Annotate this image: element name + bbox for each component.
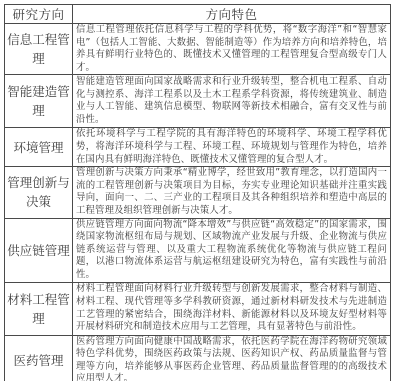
features-cell: 依托环境科学与工程学院的具有海洋特色的环境科学、环境工程学科优势，将海洋环境科学… bbox=[73, 128, 391, 167]
table-row: 供应链管理 供应链管理方向面向物流“降本增效”与供应链“高效稳定”的国家需求，围… bbox=[5, 218, 391, 282]
features-cell: 信息工程管理依托信息科学与工程的学科优势，将“数字海洋”和“智慧家电”（包括人工… bbox=[73, 24, 391, 75]
header-features: 方向特色 bbox=[73, 5, 391, 24]
features-cell: 医药管理方向面向健康中国战略需求，依托医药学院在海洋药物研究领域特色学科优势，围… bbox=[73, 335, 391, 381]
research-directions-table: 研究方向 方向特色 信息工程管理 信息工程管理依托信息科学与工程的学科优势，将“… bbox=[4, 4, 391, 381]
direction-cell: 环境管理 bbox=[5, 128, 73, 167]
table-header-row: 研究方向 方向特色 bbox=[5, 5, 391, 24]
table-row: 信息工程管理 信息工程管理依托信息科学与工程的学科优势，将“数字海洋”和“智慧家… bbox=[5, 24, 391, 75]
features-cell: 智能建造管理面向国家战略需求和行业升级转型，整合机电工程系、自动化与测控系、海洋… bbox=[73, 75, 391, 128]
table-row: 环境管理 依托环境科学与工程学院的具有海洋特色的环境科学、环境工程学科优势，将海… bbox=[5, 128, 391, 167]
features-cell: 管理创新与决策方向秉承“精业博学，经世致用”教育理念，以打造国内一流的工程管理创… bbox=[73, 167, 391, 218]
table-row: 智能建造管理 智能建造管理面向国家战略需求和行业升级转型，整合机电工程系、自动化… bbox=[5, 75, 391, 128]
table-row: 医药管理 医药管理方向面向健康中国战略需求，依托医药学院在海洋药物研究领域特色学… bbox=[5, 335, 391, 381]
table-row: 管理创新与决策 管理创新与决策方向秉承“精业博学，经世致用”教育理念，以打造国内… bbox=[5, 167, 391, 218]
table-row: 材料工程管理 材料工程管理面向材料行业升级转型与创新发展需求，整合材料与制造、材… bbox=[5, 282, 391, 335]
features-cell: 材料工程管理面向材料行业升级转型与创新发展需求，整合材料与制造、材料工程、现代管… bbox=[73, 282, 391, 335]
direction-cell: 管理创新与决策 bbox=[5, 167, 73, 218]
direction-cell: 智能建造管理 bbox=[5, 75, 73, 128]
direction-cell: 材料工程管理 bbox=[5, 282, 73, 335]
direction-cell: 供应链管理 bbox=[5, 218, 73, 282]
features-cell: 供应链管理方向面向物流“降本增效”与供应链“高效稳定”的国家需求，围绕国家物流枢… bbox=[73, 218, 391, 282]
header-direction: 研究方向 bbox=[5, 5, 73, 24]
direction-cell: 信息工程管理 bbox=[5, 24, 73, 75]
direction-cell: 医药管理 bbox=[5, 335, 73, 381]
